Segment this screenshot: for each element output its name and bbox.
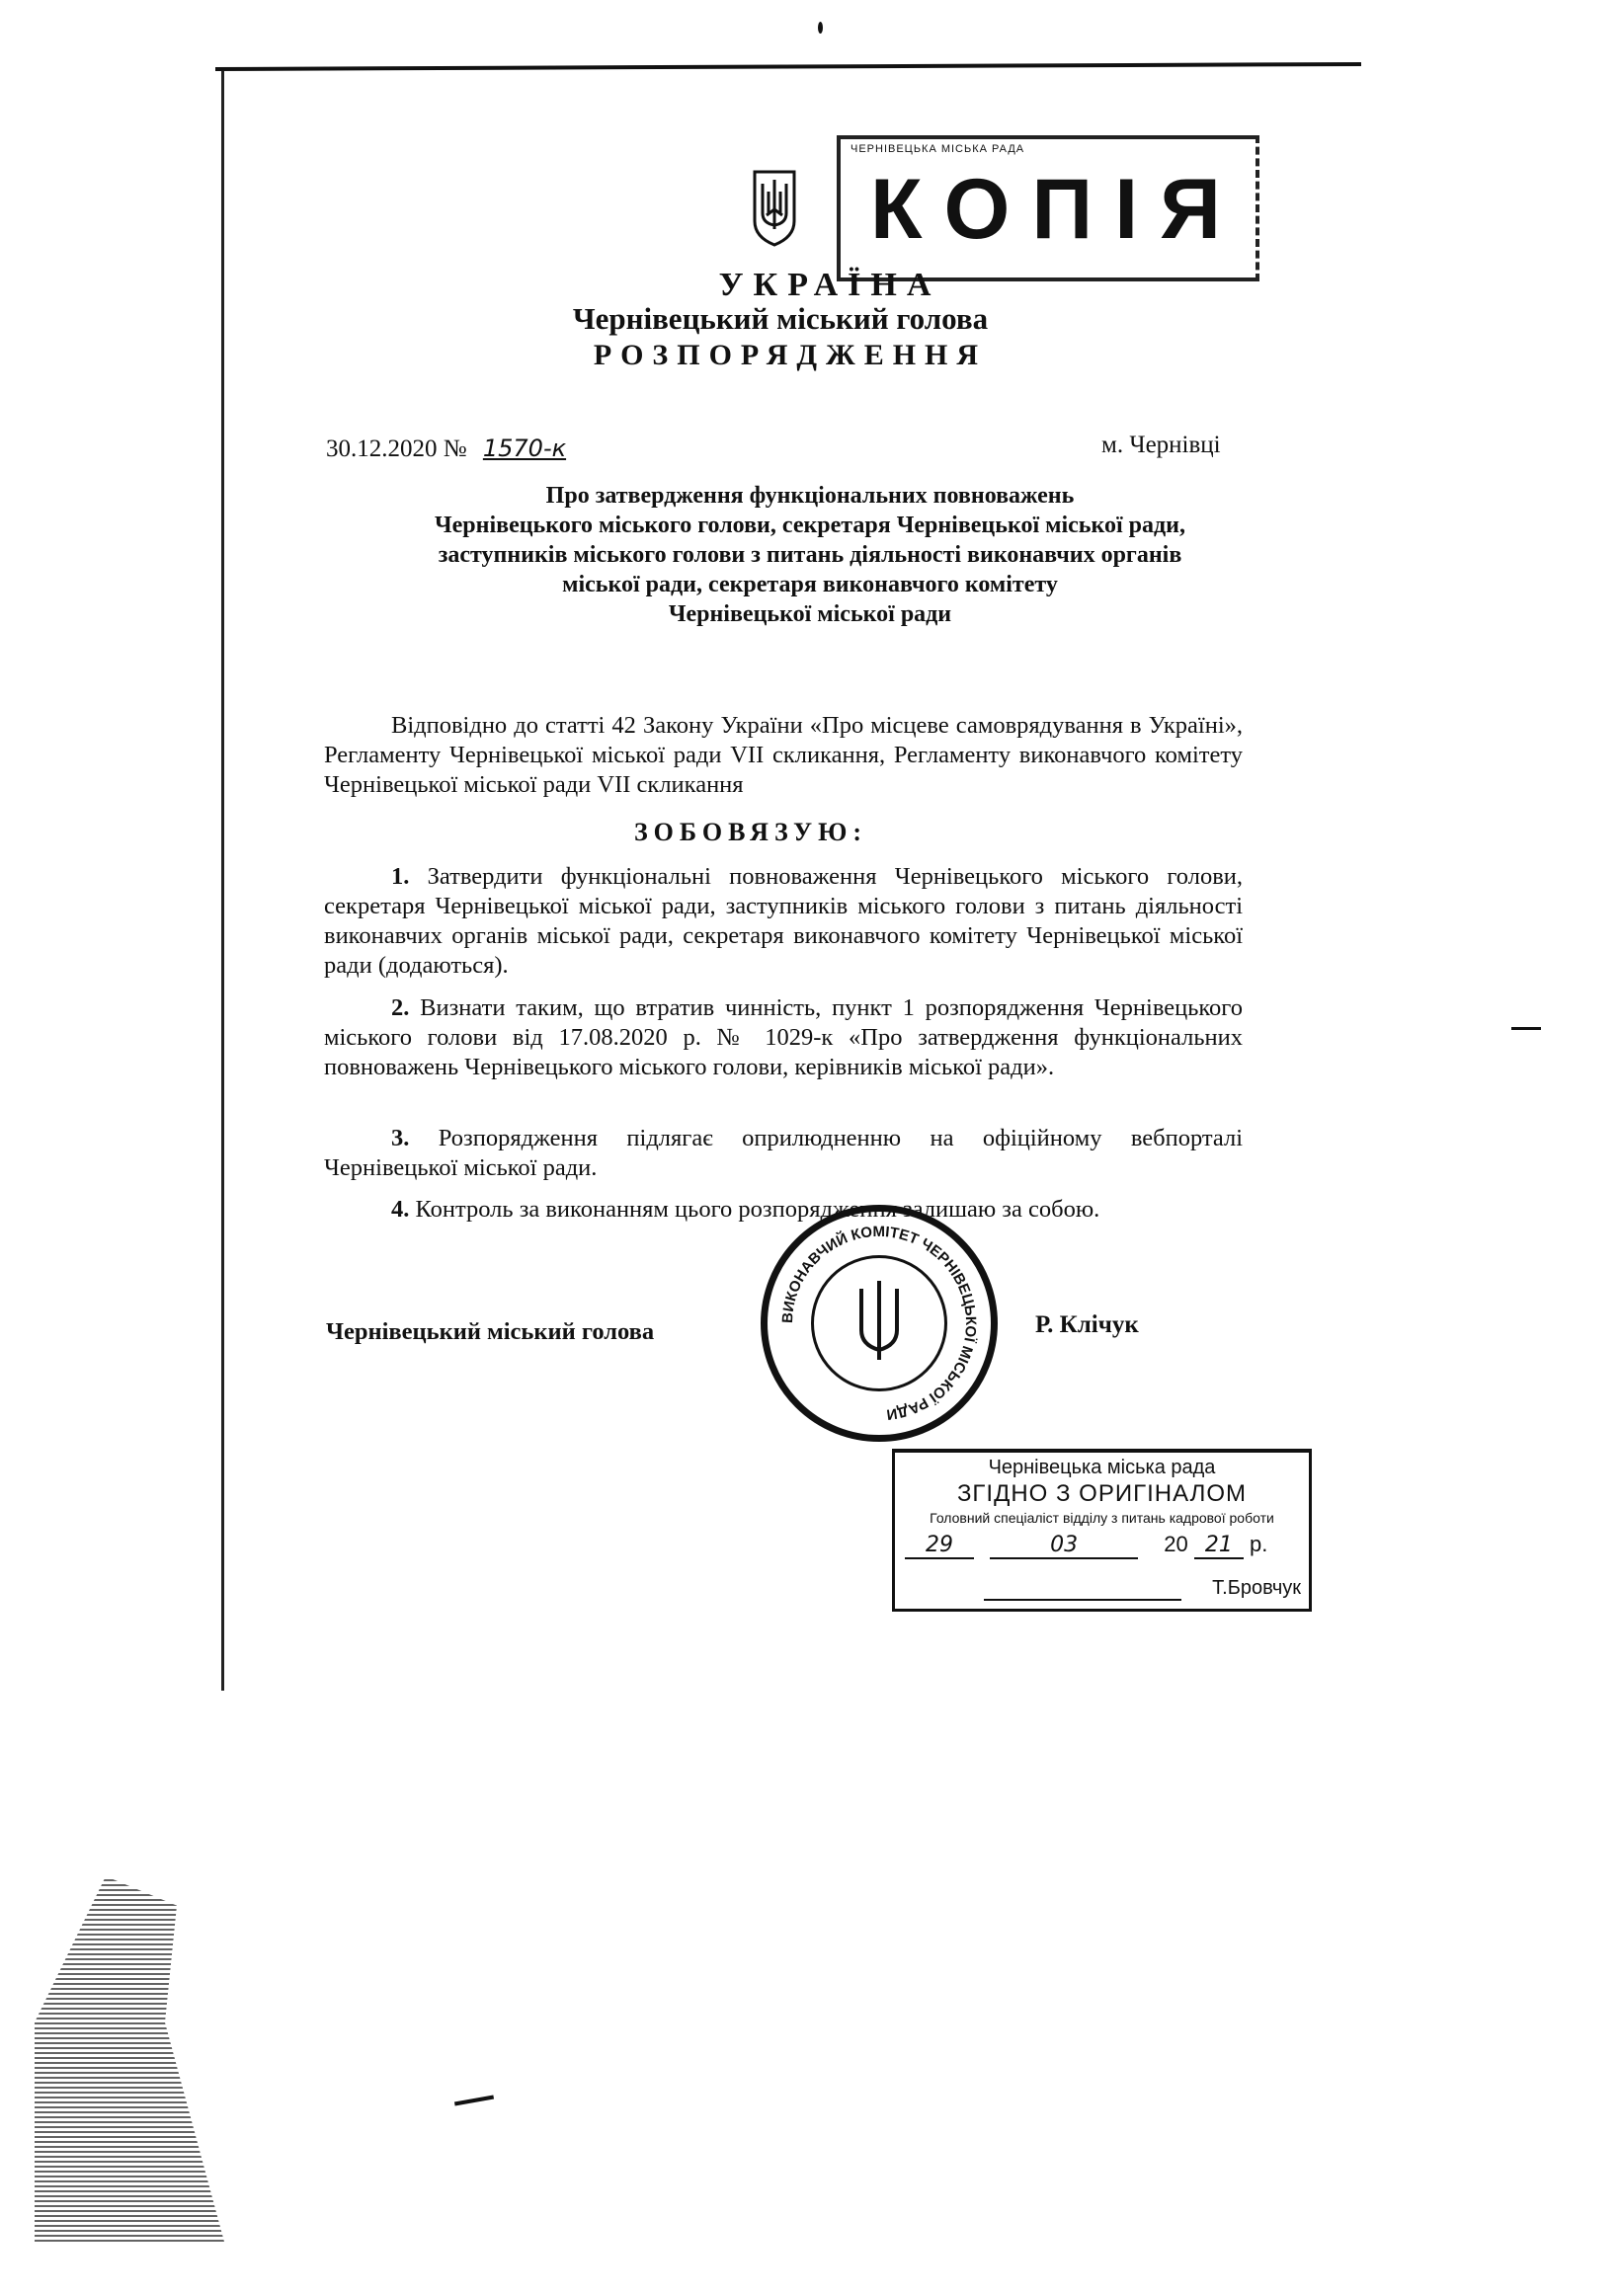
cert-month: 03 (990, 1533, 1138, 1559)
order-item-number: 4. (391, 1196, 409, 1223)
cert-date: 29 03 20 21 р. (905, 1532, 1300, 1559)
scan-speck (1511, 1027, 1541, 1030)
scan-speck (818, 22, 823, 34)
subject-line: заступників міського голови з питань дія… (336, 540, 1284, 570)
scan-speck (454, 2096, 494, 2106)
cert-year-suffix: 21 (1194, 1533, 1244, 1559)
trident-coat-of-arms-icon (753, 170, 796, 247)
order-item-number: 3. (391, 1125, 409, 1151)
cert-signature-line (984, 1599, 1181, 1601)
subject-line: міської ради, секретаря виконавчого комі… (336, 570, 1284, 599)
scan-frame-top-line (215, 62, 1361, 71)
order-item-text: Розпорядження підлягає оприлюдненню на о… (324, 1125, 1243, 1181)
copy-stamp: ЧЕРНІВЕЦЬКА МІСЬКА РАДА КОПІЯ (837, 135, 1259, 281)
order-item: 3. Розпорядження підлягає оприлюдненню н… (324, 1124, 1243, 1183)
scan-frame-left-line (221, 71, 224, 1691)
order-item-number: 2. (391, 994, 409, 1021)
cert-organization: Чернівецька міська рада (895, 1457, 1309, 1479)
order-item: 2. Визнати таким, що втратив чинність, п… (324, 993, 1243, 1082)
order-item-text: Визнати таким, що втратив чинність, пунк… (324, 994, 1243, 1080)
issuer-heading: Чернівецький міський голова (484, 301, 1077, 337)
order-item-text: Контроль за виконанням цього розпоряджен… (416, 1196, 1100, 1223)
cert-title: ЗГІДНО З ОРИГІНАЛОМ (895, 1480, 1309, 1508)
cert-year-unit: р. (1250, 1532, 1267, 1557)
country-heading: УКРАЇНА (672, 267, 988, 304)
copy-stamp-border-text: ЧЕРНІВЕЦЬКА МІСЬКА РАДА (850, 143, 1024, 155)
cert-signer-name: Т.Бровчук (1212, 1577, 1301, 1600)
seal-inner-ring (811, 1255, 947, 1391)
document-number: 1570-к (483, 435, 566, 462)
directive-heading: ЗОБОВЯЗУЮ: (553, 818, 948, 847)
subject-line: Про затвердження функціональних повноваж… (336, 481, 1284, 511)
number-sign: № (444, 435, 467, 462)
cert-year-prefix: 20 (1164, 1532, 1187, 1557)
order-item: 1. Затвердити функціональні повноваження… (324, 862, 1243, 981)
signatory-role: Чернівецький міський голова (326, 1318, 654, 1346)
subject-line: Чернівецького міського голови, секретаря… (336, 511, 1284, 540)
order-item-text: Затвердити функціональні повноваження Че… (324, 863, 1243, 979)
cert-day: 29 (905, 1533, 974, 1559)
document-type-heading: РОЗПОРЯДЖЕННЯ (553, 339, 1027, 372)
cert-position: Головний спеціаліст відділу з питань кад… (895, 1510, 1309, 1526)
document-subject: Про затвердження функціональних повноваж… (336, 481, 1284, 629)
certified-copy-stamp: Чернівецька міська рада ЗГІДНО З ОРИГІНА… (892, 1449, 1312, 1612)
scan-noise-artifact (35, 1876, 272, 2242)
document-place: м. Чернівці (1101, 432, 1221, 459)
signatory-name: Р. Клічук (1035, 1311, 1139, 1339)
copy-stamp-label: КОПІЯ (870, 161, 1243, 259)
subject-line: Чернівецької міської ради (336, 599, 1284, 629)
order-item-number: 1. (391, 863, 409, 890)
official-seal: ВИКОНАВЧИЙ КОМІТЕТ ЧЕРНІВЕЦЬКОЇ МІСЬКОЇ … (761, 1205, 998, 1442)
document-date-number: 30.12.2020 № 1570-к (326, 435, 566, 463)
preamble-paragraph: Відповідно до статті 42 Закону України «… (324, 711, 1243, 800)
document-date: 30.12.2020 (326, 435, 438, 462)
